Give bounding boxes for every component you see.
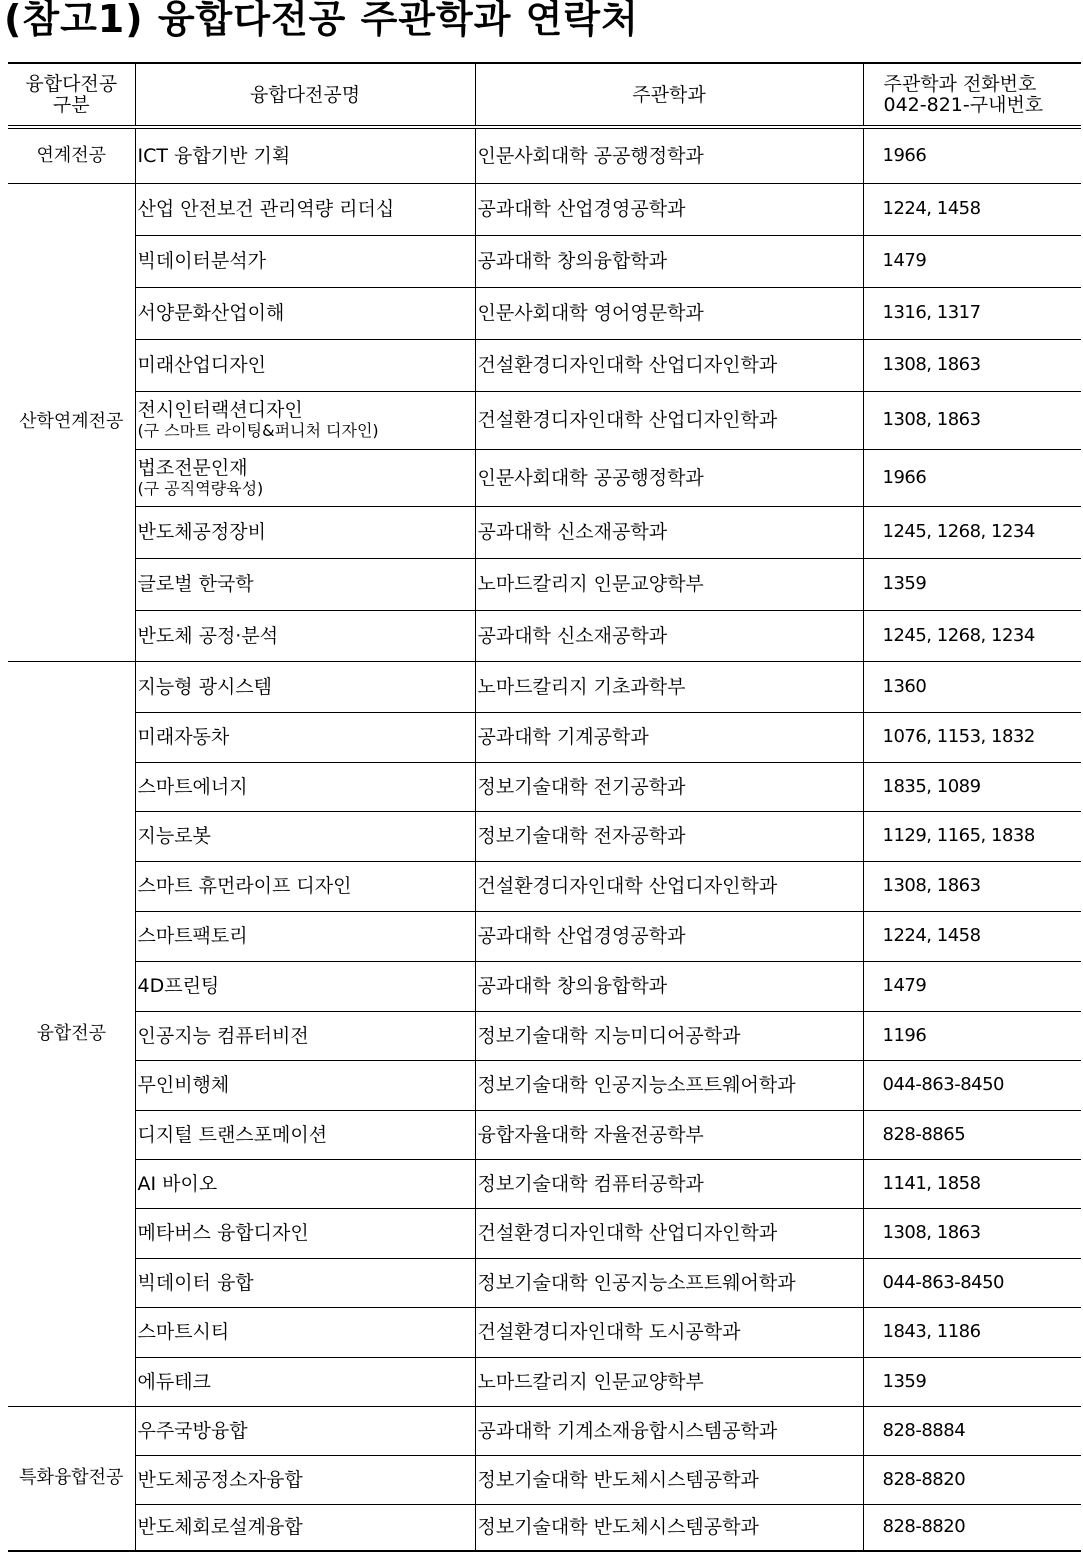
table-row: 산학연계전공산업 안전보건 관리역량 리더십공과대학 산업경영공학과1224, … [8,183,1081,235]
table-row: 반도체회로설계융합정보기술대학 반도체시스템공학과828-8820 [8,1504,1081,1551]
phone-cell: 828-8820 [863,1504,1081,1551]
department-cell: 공과대학 신소재공학과 [475,610,863,661]
header-phone-line1: 주관학과 전화번호 [884,74,1082,95]
major-name: 빅데이터 융합 [138,1272,254,1294]
major-name: 산업 안전보건 관리역량 리더십 [138,198,395,220]
header-category-line2: 구분 [8,95,135,116]
department-cell: 공과대학 창의융합학과 [475,961,863,1011]
department-cell: 건설환경디자인대학 산업디자인학과 [475,1208,863,1258]
major-name-cell: 미래산업디자인 [135,339,475,391]
major-name-cell: 반도체공정장비 [135,506,475,558]
major-name: ICT 융합기반 기획 [138,145,291,167]
table-row: 서양문화산업이해인문사회대학 영어영문학과1316, 1317 [8,287,1081,339]
department-cell: 정보기술대학 전기공학과 [475,762,863,811]
major-name: 반도체 공정·분석 [138,625,279,647]
table-row: 무인비행체정보기술대학 인공지능소프트웨어학과044-863-8450 [8,1060,1081,1110]
table-row: 빅데이터 융합정보기술대학 인공지능소프트웨어학과044-863-8450 [8,1258,1081,1307]
major-name-cell: 4D프린팅 [135,961,475,1011]
department-cell: 건설환경디자인대학 산업디자인학과 [475,861,863,911]
table-row: 특화융합전공우주국방융합공과대학 기계소재융합시스템공학과828-8884 [8,1406,1081,1455]
header-phone: 주관학과 전화번호 042-821-구내번호 [863,63,1081,127]
major-name-cell: AI 바이오 [135,1159,475,1208]
phone-cell: 1359 [863,1357,1081,1406]
major-name: 반도체공정소자융합 [138,1469,303,1491]
phone-cell: 1966 [863,449,1081,506]
department-cell: 공과대학 창의융합학과 [475,235,863,287]
major-name-cell: 스마트에너지 [135,762,475,811]
phone-cell: 1308, 1863 [863,1208,1081,1258]
major-name-cell: 지능형 광시스템 [135,661,475,712]
header-category-line1: 융합다전공 [8,74,135,95]
major-name-cell: 디지털 트랜스포메이션 [135,1110,475,1159]
phone-cell: 828-8865 [863,1110,1081,1159]
header-dept: 주관학과 [475,63,863,127]
phone-cell: 1129, 1165, 1838 [863,811,1081,861]
table-row: AI 바이오정보기술대학 컴퓨터공학과1141, 1858 [8,1159,1081,1208]
major-name-cell: 에듀테크 [135,1357,475,1406]
header-name: 융합다전공명 [135,63,475,127]
category-cell: 산학연계전공 [8,183,135,661]
table-row: 에듀테크노마드칼리지 인문교양학부1359 [8,1357,1081,1406]
major-name-cell: 스마트팩토리 [135,911,475,961]
phone-cell: 1245, 1268, 1234 [863,610,1081,661]
table-row: 미래자동차공과대학 기계공학과1076, 1153, 1832 [8,712,1081,762]
major-name: 메타버스 융합디자인 [138,1222,309,1244]
department-cell: 정보기술대학 지능미디어공학과 [475,1011,863,1060]
department-cell: 건설환경디자인대학 산업디자인학과 [475,339,863,391]
major-name: 미래자동차 [138,726,230,748]
department-cell: 노마드칼리지 인문교양학부 [475,1357,863,1406]
phone-cell: 828-8820 [863,1455,1081,1504]
major-name-cell: 반도체 공정·분석 [135,610,475,661]
phone-cell: 1843, 1186 [863,1307,1081,1357]
table-row: 연계전공ICT 융합기반 기획인문사회대학 공공행정학과1966 [8,127,1081,183]
phone-cell: 044-863-8450 [863,1258,1081,1307]
phone-cell: 1308, 1863 [863,339,1081,391]
major-former-name: (구 공직역량육성) [138,479,475,499]
table-row: 법조전문인재(구 공직역량육성)인문사회대학 공공행정학과1966 [8,449,1081,506]
page-title: (참고1) 융합다전공 주관학과 연락처 [4,0,639,44]
department-cell: 건설환경디자인대학 산업디자인학과 [475,391,863,449]
department-cell: 인문사회대학 공공행정학과 [475,127,863,183]
header-phone-line2: 042-821-구내번호 [884,95,1082,116]
table-header-row: 융합다전공 구분 융합다전공명 주관학과 주관학과 전화번호 042-821-구… [8,63,1081,127]
table-row: 글로벌 한국학노마드칼리지 인문교양학부1359 [8,558,1081,610]
major-name: 지능로봇 [138,825,211,847]
phone-cell: 1316, 1317 [863,287,1081,339]
table-row: 반도체공정장비공과대학 신소재공학과1245, 1268, 1234 [8,506,1081,558]
category-cell: 융합전공 [8,661,135,1406]
table-row: 디지털 트랜스포메이션융합자율대학 자율전공학부828-8865 [8,1110,1081,1159]
department-cell: 공과대학 신소재공학과 [475,506,863,558]
table-row: 융합전공지능형 광시스템노마드칼리지 기초과학부1360 [8,661,1081,712]
major-name: 스마트팩토리 [138,925,248,947]
table-row: 스마트시티건설환경디자인대학 도시공학과1843, 1186 [8,1307,1081,1357]
category-cell: 특화융합전공 [8,1406,135,1551]
department-cell: 건설환경디자인대학 도시공학과 [475,1307,863,1357]
major-name: 디지털 트랜스포메이션 [138,1124,328,1146]
major-name: 빅데이터분석가 [138,250,266,272]
major-name: 글로벌 한국학 [138,573,254,595]
department-cell: 인문사회대학 영어영문학과 [475,287,863,339]
header-category: 융합다전공 구분 [8,63,135,127]
department-cell: 공과대학 기계소재융합시스템공학과 [475,1406,863,1455]
department-cell: 노마드칼리지 기초과학부 [475,661,863,712]
major-name: 법조전문인재 [138,457,475,479]
department-cell: 정보기술대학 인공지능소프트웨어학과 [475,1258,863,1307]
phone-cell: 1360 [863,661,1081,712]
major-name: 서양문화산업이해 [138,302,285,324]
major-name: 인공지능 컴퓨터비전 [138,1025,309,1047]
major-name-cell: 스마트시티 [135,1307,475,1357]
table-row: 지능로봇정보기술대학 전자공학과1129, 1165, 1838 [8,811,1081,861]
department-cell: 노마드칼리지 인문교양학부 [475,558,863,610]
major-name-cell: 전시인터랙션디자인(구 스마트 라이팅&퍼니처 디자인) [135,391,475,449]
major-name-cell: 지능로봇 [135,811,475,861]
table-row: 미래산업디자인건설환경디자인대학 산업디자인학과1308, 1863 [8,339,1081,391]
major-name-cell: 스마트 휴먼라이프 디자인 [135,861,475,911]
table-body: 연계전공ICT 융합기반 기획인문사회대학 공공행정학과1966산학연계전공산업… [8,127,1081,1551]
table-row: 스마트에너지정보기술대학 전기공학과1835, 1089 [8,762,1081,811]
major-name: 우주국방융합 [138,1420,248,1442]
major-former-name: (구 스마트 라이팅&퍼니처 디자인) [138,421,475,441]
major-name-cell: 반도체공정소자융합 [135,1455,475,1504]
contact-table: 융합다전공 구분 융합다전공명 주관학과 주관학과 전화번호 042-821-구… [8,62,1081,1552]
major-name: 반도체공정장비 [138,521,266,543]
major-name-cell: 글로벌 한국학 [135,558,475,610]
major-name-cell: 빅데이터 융합 [135,1258,475,1307]
major-name-cell: 빅데이터분석가 [135,235,475,287]
phone-cell: 1966 [863,127,1081,183]
phone-cell: 1076, 1153, 1832 [863,712,1081,762]
major-name: 전시인터랙션디자인 [138,399,475,421]
phone-cell: 1245, 1268, 1234 [863,506,1081,558]
phone-cell: 1479 [863,235,1081,287]
table-row: 인공지능 컴퓨터비전정보기술대학 지능미디어공학과1196 [8,1011,1081,1060]
department-cell: 정보기술대학 인공지능소프트웨어학과 [475,1060,863,1110]
department-cell: 정보기술대학 전자공학과 [475,811,863,861]
department-cell: 정보기술대학 반도체시스템공학과 [475,1504,863,1551]
major-name-cell: 무인비행체 [135,1060,475,1110]
table-row: 빅데이터분석가공과대학 창의융합학과1479 [8,235,1081,287]
major-name: 미래산업디자인 [138,354,266,376]
major-name-cell: 산업 안전보건 관리역량 리더십 [135,183,475,235]
department-cell: 인문사회대학 공공행정학과 [475,449,863,506]
major-name-cell: 법조전문인재(구 공직역량육성) [135,449,475,506]
department-cell: 정보기술대학 반도체시스템공학과 [475,1455,863,1504]
major-name-cell: 우주국방융합 [135,1406,475,1455]
table-row: 전시인터랙션디자인(구 스마트 라이팅&퍼니처 디자인)건설환경디자인대학 산업… [8,391,1081,449]
department-cell: 공과대학 기계공학과 [475,712,863,762]
department-cell: 공과대학 산업경영공학과 [475,911,863,961]
major-name-cell: 서양문화산업이해 [135,287,475,339]
major-name: 스마트 휴먼라이프 디자인 [138,875,352,897]
major-name: 스마트에너지 [138,776,248,798]
table-row: 스마트 휴먼라이프 디자인건설환경디자인대학 산업디자인학과1308, 1863 [8,861,1081,911]
phone-cell: 1835, 1089 [863,762,1081,811]
major-name: AI 바이오 [138,1173,218,1195]
major-name: 에듀테크 [138,1371,211,1393]
major-name-cell: ICT 융합기반 기획 [135,127,475,183]
phone-cell: 1224, 1458 [863,183,1081,235]
major-name: 지능형 광시스템 [138,676,273,698]
phone-cell: 828-8884 [863,1406,1081,1455]
department-cell: 융합자율대학 자율전공학부 [475,1110,863,1159]
major-name: 반도체회로설계융합 [138,1516,303,1538]
phone-cell: 044-863-8450 [863,1060,1081,1110]
category-cell: 연계전공 [8,127,135,183]
major-name-cell: 반도체회로설계융합 [135,1504,475,1551]
department-cell: 정보기술대학 컴퓨터공학과 [475,1159,863,1208]
major-name-cell: 미래자동차 [135,712,475,762]
major-name-cell: 인공지능 컴퓨터비전 [135,1011,475,1060]
table-row: 반도체 공정·분석공과대학 신소재공학과1245, 1268, 1234 [8,610,1081,661]
table-row: 반도체공정소자융합정보기술대학 반도체시스템공학과828-8820 [8,1455,1081,1504]
table-row: 메타버스 융합디자인건설환경디자인대학 산업디자인학과1308, 1863 [8,1208,1081,1258]
phone-cell: 1308, 1863 [863,861,1081,911]
phone-cell: 1141, 1858 [863,1159,1081,1208]
major-name: 4D프린팅 [138,975,220,997]
phone-cell: 1308, 1863 [863,391,1081,449]
major-name: 무인비행체 [138,1074,230,1096]
table-row: 스마트팩토리공과대학 산업경영공학과1224, 1458 [8,911,1081,961]
phone-cell: 1224, 1458 [863,911,1081,961]
major-name: 스마트시티 [138,1321,230,1343]
phone-cell: 1479 [863,961,1081,1011]
table-row: 4D프린팅공과대학 창의융합학과1479 [8,961,1081,1011]
phone-cell: 1359 [863,558,1081,610]
department-cell: 공과대학 산업경영공학과 [475,183,863,235]
phone-cell: 1196 [863,1011,1081,1060]
major-name-cell: 메타버스 융합디자인 [135,1208,475,1258]
